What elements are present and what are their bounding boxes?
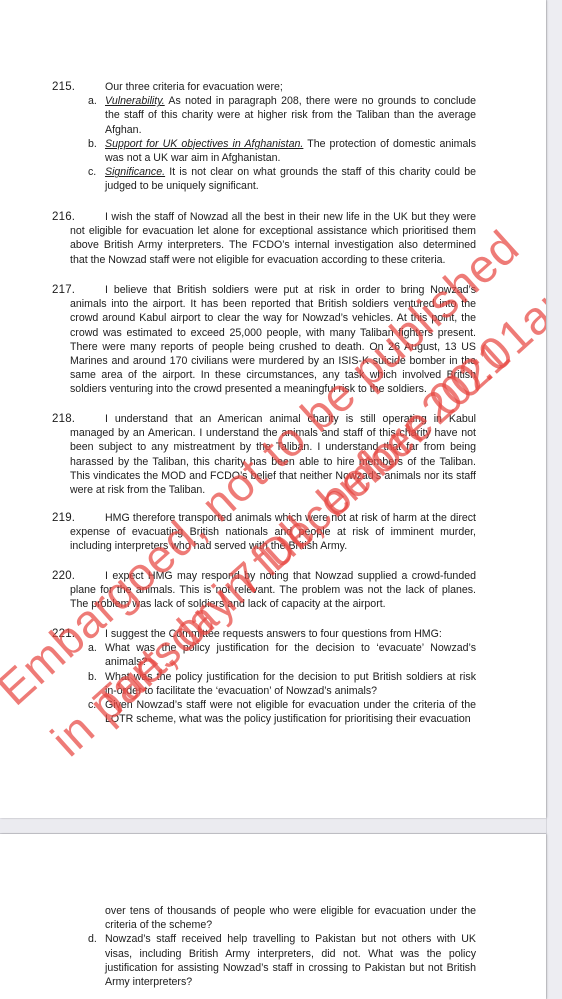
question-item-c-continued: over tens of thousands of people who wer…: [70, 904, 476, 932]
question-item-d: d. Nowzad’s staff received help travelli…: [70, 932, 476, 989]
document-page-2: over tens of thousands of people who wer…: [0, 834, 546, 999]
paragraph-number: 216.: [52, 210, 75, 224]
paragraph-text: I expect HMG may respond by noting that …: [70, 570, 476, 610]
paragraph-text: I suggest the Committee requests answers…: [70, 627, 476, 641]
paragraph-221: 221. I suggest the Committee requests an…: [70, 627, 476, 726]
list-item-c: c. Significance. It is not clear on what…: [70, 165, 476, 193]
scrollbar-gutter: [546, 0, 562, 999]
question-continuation: over tens of thousands of people who wer…: [70, 904, 476, 989]
page-separator: [0, 818, 546, 834]
criterion-heading: Vulnerability.: [105, 95, 165, 107]
paragraph-218: 218. I understand that an American anima…: [70, 412, 476, 497]
question-item-b: b. What was the policy justification for…: [70, 670, 476, 698]
paragraph-text: Our three criteria for evacuation were;: [70, 80, 476, 94]
question-item-a: a. What was the policy justification for…: [70, 641, 476, 669]
paragraph-217: 217. I believe that British soldiers wer…: [70, 283, 476, 397]
list-item-b: b. Support for UK objectives in Afghanis…: [70, 137, 476, 165]
question-item-c: c. Given Nowzad’s staff were not eligibl…: [70, 698, 476, 726]
paragraph-text: I believe that British soldiers were put…: [70, 284, 476, 395]
paragraph-number: 221.: [52, 627, 75, 641]
paragraph-219: 219. HMG therefore transported animals w…: [70, 511, 476, 554]
paragraph-number: 220.: [52, 569, 75, 583]
criterion-heading: Support for UK objectives in Afghanistan…: [105, 138, 303, 150]
document-page-1: 215. Our three criteria for evacuation w…: [0, 0, 546, 818]
list-item-a: a. Vulnerability. As noted in paragraph …: [70, 94, 476, 137]
paragraph-number: 215.: [52, 80, 75, 94]
paragraph-text: HMG therefore transported animals which …: [70, 512, 476, 552]
paragraph-220: 220. I expect HMG may respond by noting …: [70, 569, 476, 612]
paragraph-215: 215. Our three criteria for evacuation w…: [70, 80, 476, 194]
paragraph-number: 218.: [52, 412, 75, 426]
paragraph-number: 219.: [52, 511, 75, 525]
paragraph-216: 216. I wish the staff of Nowzad all the …: [70, 210, 476, 267]
paragraph-number: 217.: [52, 283, 75, 297]
paragraph-text: I understand that an American animal cha…: [70, 413, 476, 496]
paragraph-text: I wish the staff of Nowzad all the best …: [70, 211, 476, 266]
criterion-heading: Significance.: [105, 166, 165, 178]
